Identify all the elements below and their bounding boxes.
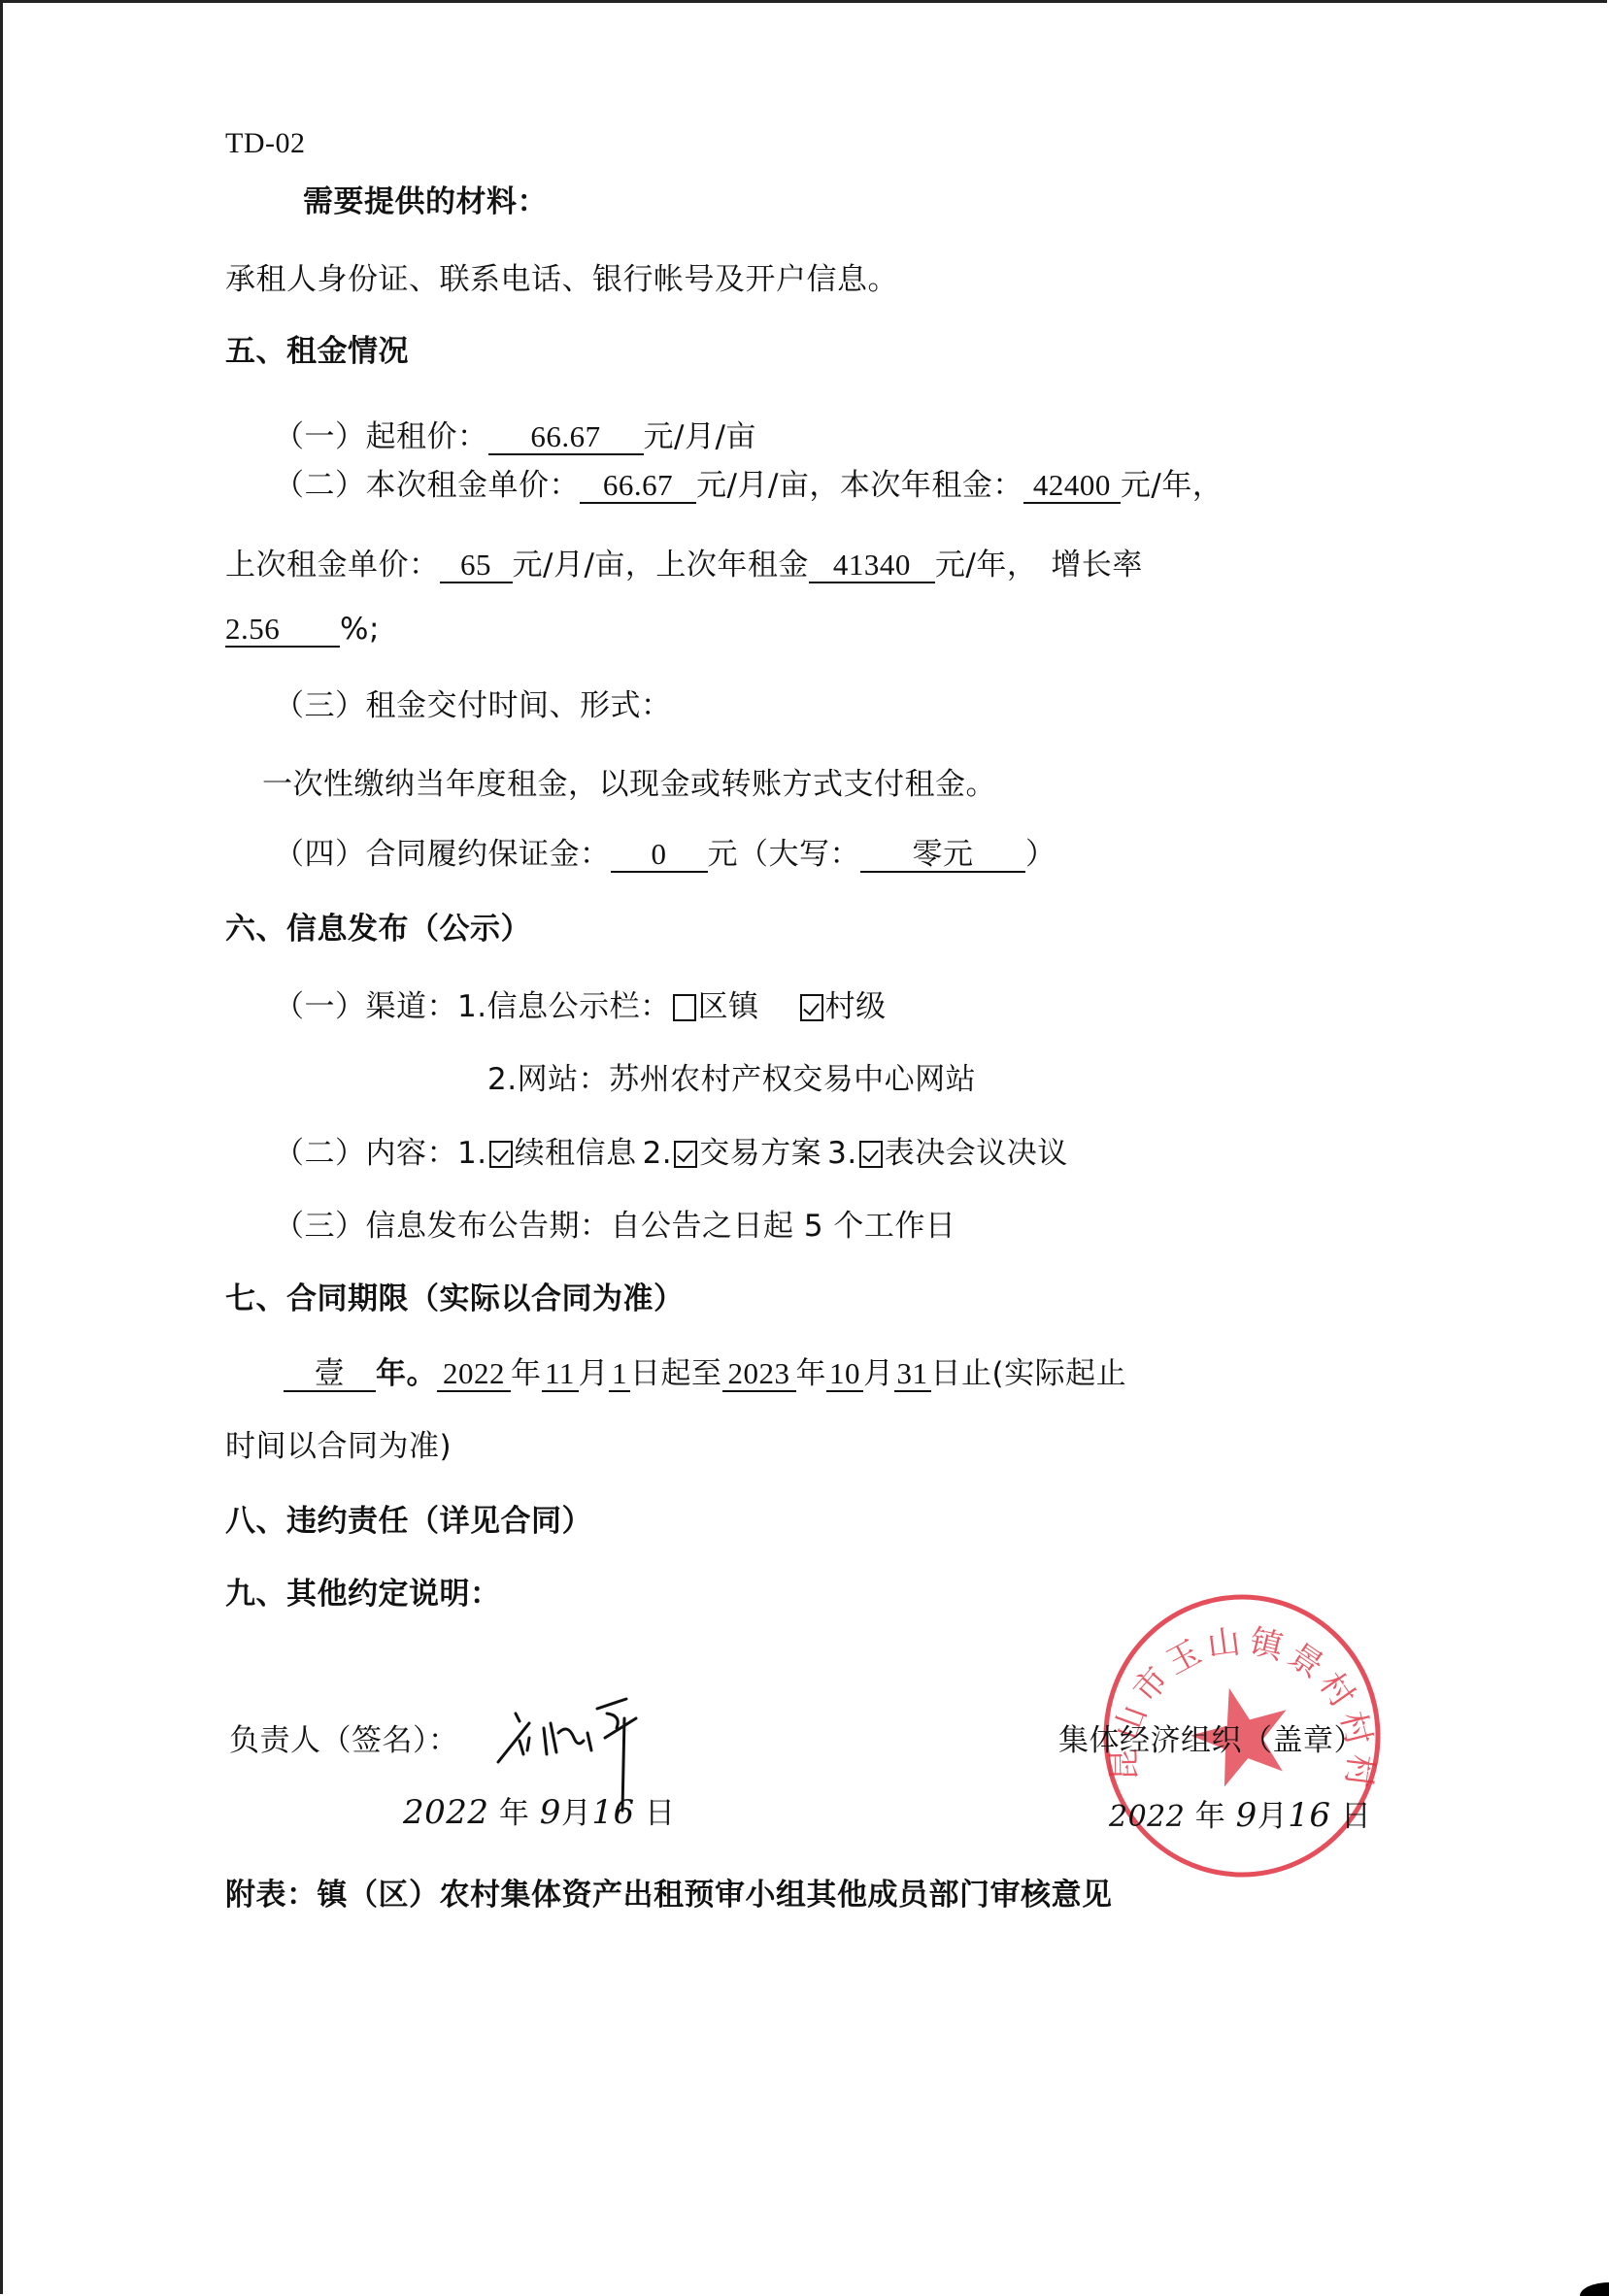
month-label: 月 — [579, 1356, 610, 1391]
term-years-value: 壹 — [284, 1357, 376, 1392]
previous-unit-price-label: 上次租金单价： — [225, 548, 440, 582]
content-trade-plan: 交易方案 — [699, 1136, 821, 1171]
end-month: 10 — [826, 1357, 863, 1392]
end-year: 2023 — [722, 1357, 796, 1392]
growth-label: 增长率 — [1051, 548, 1143, 582]
responsible-person-label: 负责人（签名）： — [229, 1721, 459, 1760]
contract-term-note: 时间以合同为准) — [225, 1427, 452, 1466]
responsible-date: 2022 年 9月16 日 — [403, 1793, 676, 1833]
checkbox-meeting-resolution[interactable] — [859, 1141, 883, 1168]
announcement-period: （三）信息发布公告期：自公告之日起 5 个工作日 — [274, 1207, 955, 1246]
contract-term-line: 壹年。2022年11月1日起至2023年10月31日止(实际起止 — [284, 1354, 1126, 1393]
content-item-num: 2. — [643, 1136, 673, 1171]
content-renewal-info: 续租信息 — [515, 1136, 637, 1171]
from-label: 日起至 — [630, 1356, 722, 1391]
payment-text: 一次性缴纳当年度租金，以现金或转账方式支付租金。 — [262, 765, 996, 804]
content-meeting-resolution: 表决会议决议 — [885, 1136, 1068, 1171]
channel-label: （一）渠道： — [274, 989, 457, 1024]
current-annual-unit: 元/年， — [1121, 468, 1223, 503]
year-label: 年 — [511, 1356, 542, 1391]
section5-heading: 五、租金情况 — [225, 332, 409, 371]
deposit-line: （四）合同履约保证金：0元（大写：零元） — [274, 835, 1056, 874]
year-label: 年 — [499, 1796, 530, 1831]
materials-heading: 需要提供的材料： — [303, 183, 548, 221]
month-label: 月 — [863, 1356, 894, 1391]
day-label: 日 — [1341, 1799, 1372, 1834]
materials-text: 承租人身份证、联系电话、银行帐号及开户信息。 — [225, 260, 898, 299]
responsible-date-month: 9 — [540, 1793, 561, 1832]
previous-unit-price-unit: 元/月/亩， — [513, 548, 656, 582]
end-day: 31 — [894, 1357, 931, 1392]
year-label: 年 — [1195, 1799, 1226, 1834]
current-unit-price-value: 66.67 — [580, 469, 696, 504]
section6-heading: 六、信息发布（公示） — [225, 910, 531, 948]
current-annual-label: 本次年租金： — [840, 468, 1023, 503]
previous-annual-unit: 元/年， — [935, 548, 1037, 582]
current-rent-line: （二）本次租金单价：66.67元/月/亩，本次年租金：42400元/年， — [274, 466, 1223, 505]
option-district-town: 区镇 — [698, 989, 759, 1024]
deposit-label: （四）合同履约保证金： — [274, 837, 611, 872]
organization-date-day: 16 — [1288, 1796, 1330, 1835]
current-annual-value: 42400 — [1023, 469, 1121, 504]
previous-unit-price-value: 65 — [440, 549, 513, 583]
deposit-unit: 元（大写： — [708, 837, 861, 872]
checkbox-district-town[interactable] — [673, 994, 696, 1021]
payment-label: （三）租金交付时间、形式： — [274, 686, 672, 725]
starting-price-unit: 元/月/亩 — [644, 419, 756, 454]
month-label: 月 — [561, 1796, 592, 1831]
day-label: 日 — [645, 1796, 676, 1831]
start-year: 2022 — [437, 1357, 511, 1392]
deposit-upper-value: 零元 — [860, 838, 1025, 873]
previous-annual-value: 41340 — [809, 549, 935, 583]
start-day: 1 — [609, 1357, 630, 1392]
growth-value: 2.56 — [225, 613, 340, 648]
starting-price-value: 66.67 — [488, 420, 644, 455]
checkbox-village-level[interactable] — [800, 994, 823, 1021]
content-item-num: 3. — [827, 1136, 857, 1171]
deposit-close: ） — [1025, 837, 1056, 872]
growth-unit: %; — [340, 612, 380, 647]
channel-line: （一）渠道：1.信息公示栏：区镇村级 — [274, 987, 887, 1026]
year-label: 年 — [796, 1356, 827, 1391]
starting-price-label: （一）起租价： — [274, 419, 488, 454]
checkbox-renewal-info[interactable] — [489, 1141, 513, 1168]
organization-seal-label: 集体经济组织（盖章） — [1058, 1721, 1364, 1760]
content-item-num: 1. — [457, 1136, 487, 1171]
organization-date-year: 2022 — [1109, 1800, 1185, 1834]
content-label: （二）内容： — [274, 1136, 457, 1171]
section9-heading: 九、其他约定说明： — [225, 1575, 501, 1614]
option-village-level: 村级 — [825, 989, 887, 1024]
organization-date-month: 9 — [1236, 1796, 1257, 1835]
document-code: TD-02 — [225, 124, 305, 163]
organization-date: 2022 年 9月16 日 — [1109, 1796, 1371, 1837]
growth-line: 2.56%; — [225, 610, 380, 649]
start-month: 11 — [542, 1357, 579, 1392]
section8-heading: 八、违约责任（详见合同） — [225, 1502, 592, 1541]
previous-annual-label: 上次年租金 — [655, 548, 809, 582]
responsible-date-day: 16 — [591, 1793, 634, 1832]
current-unit-price-unit: 元/月/亩， — [696, 468, 840, 503]
to-label: 日止(实际起止 — [931, 1356, 1127, 1391]
previous-rent-line: 上次租金单价：65元/月/亩，上次年租金41340元/年，增长率 — [225, 546, 1143, 584]
section7-heading: 七、合同期限（实际以合同为准） — [225, 1280, 685, 1318]
checkbox-trade-plan[interactable] — [674, 1141, 697, 1168]
responsible-date-year: 2022 — [403, 1793, 489, 1832]
month-label: 月 — [1257, 1799, 1289, 1834]
channel-website: 2.网站：苏州农村产权交易中心网站 — [487, 1060, 976, 1099]
appendix-title: 附表：镇（区）农村集体资产出租预审小组其他成员部门审核意见 — [225, 1876, 1113, 1914]
channel-bulletin-label: 1.信息公示栏： — [457, 989, 671, 1024]
content-line: （二）内容：1.续租信息2.交易方案3.表决会议决议 — [274, 1134, 1068, 1173]
starting-price-line: （一）起租价：66.67元/月/亩 — [274, 417, 756, 456]
term-unit: 年。 — [376, 1356, 437, 1391]
deposit-value: 0 — [611, 838, 708, 873]
current-unit-price-label: （二）本次租金单价： — [274, 468, 580, 503]
